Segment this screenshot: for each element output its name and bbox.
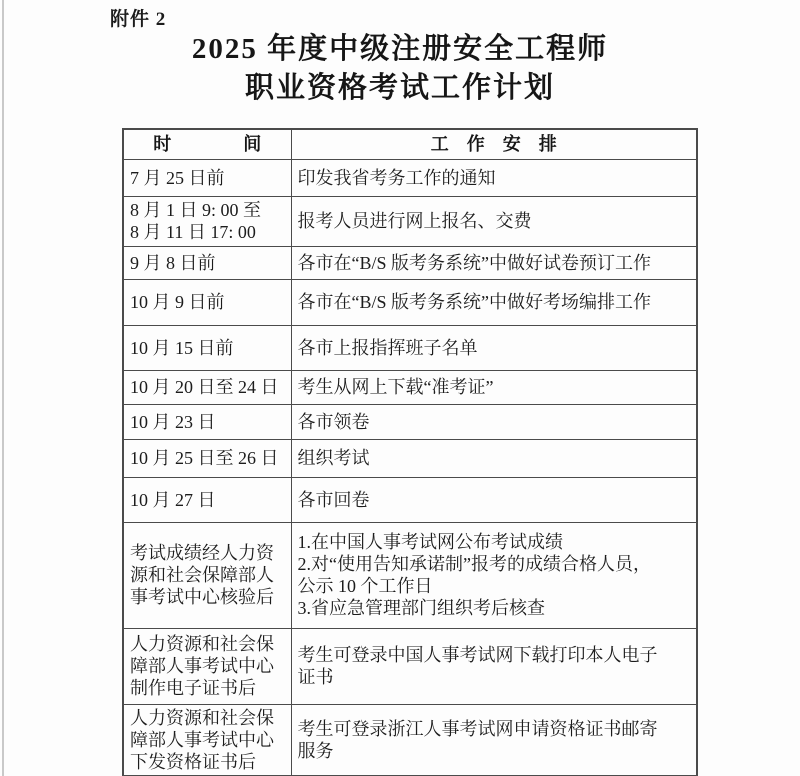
time-cell: 10 月 27 日: [123, 477, 291, 522]
task-cell: 考生从网上下载“准考证”: [291, 370, 697, 404]
time-cell: 10 月 23 日: [123, 404, 291, 439]
table-row: 7 月 25 日前 印发我省考务工作的通知: [123, 159, 697, 196]
table-row: 10 月 27 日 各市回卷: [123, 477, 697, 522]
table-row: 10 月 23 日 各市领卷: [123, 404, 697, 439]
table-row: 8 月 1 日 9: 00 至 8 月 11 日 17: 00 报考人员进行网上…: [123, 196, 697, 246]
task-cell: 各市领卷: [291, 404, 697, 439]
scan-edge-line: [2, 0, 4, 776]
title-line-1: 2025 年度中级注册安全工程师: [0, 30, 800, 69]
task-cell: 考生可登录浙江人事考试网申请资格证书邮寄 服务: [291, 704, 697, 776]
col-header-task: 工 作 安 排: [291, 129, 697, 159]
document-page: 附件 2 2025 年度中级注册安全工程师 职业资格考试工作计划 时 间 工 作…: [0, 0, 800, 776]
task-cell: 考生可登录中国人事考试网下载打印本人电子 证书: [291, 628, 697, 704]
task-cell: 各市在“B/S 版考务系统”中做好考场编排工作: [291, 279, 697, 325]
table-row: 人力资源和社会保 障部人事考试中心 制作电子证书后 考生可登录中国人事考试网下载…: [123, 628, 697, 704]
attachment-label: 附件 2: [110, 4, 166, 31]
time-cell: 7 月 25 日前: [123, 159, 291, 196]
table-row: 10 月 9 日前 各市在“B/S 版考务系统”中做好考场编排工作: [123, 279, 697, 325]
table-row: 10 月 25 日至 26 日 组织考试: [123, 439, 697, 477]
time-cell: 9 月 8 日前: [123, 246, 291, 279]
header-row: 时 间 工 作 安 排: [123, 129, 697, 159]
task-cell: 1.在中国人事考试网公布考试成绩 2.对“使用告知承诺制”报考的成绩合格人员， …: [291, 522, 697, 628]
time-cell: 8 月 1 日 9: 00 至 8 月 11 日 17: 00: [123, 196, 291, 246]
task-cell: 各市在“B/S 版考务系统”中做好试卷预订工作: [291, 246, 697, 279]
task-cell: 报考人员进行网上报名、交费: [291, 196, 697, 246]
task-cell: 各市上报指挥班子名单: [291, 325, 697, 370]
table-row: 10 月 15 日前 各市上报指挥班子名单: [123, 325, 697, 370]
table-row: 9 月 8 日前 各市在“B/S 版考务系统”中做好试卷预订工作: [123, 246, 697, 279]
col-header-time: 时 间: [123, 129, 291, 159]
task-cell: 印发我省考务工作的通知: [291, 159, 697, 196]
time-cell: 10 月 25 日至 26 日: [123, 439, 291, 477]
time-cell: 10 月 20 日至 24 日: [123, 370, 291, 404]
time-cell: 人力资源和社会保 障部人事考试中心 下发资格证书后: [123, 704, 291, 776]
schedule-table: 时 间 工 作 安 排 7 月 25 日前 印发我省考务工作的通知 8 月 1 …: [122, 128, 698, 776]
table-row: 人力资源和社会保 障部人事考试中心 下发资格证书后 考生可登录浙江人事考试网申请…: [123, 704, 697, 776]
time-cell: 人力资源和社会保 障部人事考试中心 制作电子证书后: [123, 628, 291, 704]
task-cell: 组织考试: [291, 439, 697, 477]
table-row: 10 月 20 日至 24 日 考生从网上下载“准考证”: [123, 370, 697, 404]
title-line-2: 职业资格考试工作计划: [0, 69, 800, 108]
time-cell: 10 月 15 日前: [123, 325, 291, 370]
document-title: 2025 年度中级注册安全工程师 职业资格考试工作计划: [0, 30, 800, 108]
time-cell: 10 月 9 日前: [123, 279, 291, 325]
task-cell: 各市回卷: [291, 477, 697, 522]
table-row: 考试成绩经人力资 源和社会保障部人 事考试中心核验后 1.在中国人事考试网公布考…: [123, 522, 697, 628]
time-cell: 考试成绩经人力资 源和社会保障部人 事考试中心核验后: [123, 522, 291, 628]
